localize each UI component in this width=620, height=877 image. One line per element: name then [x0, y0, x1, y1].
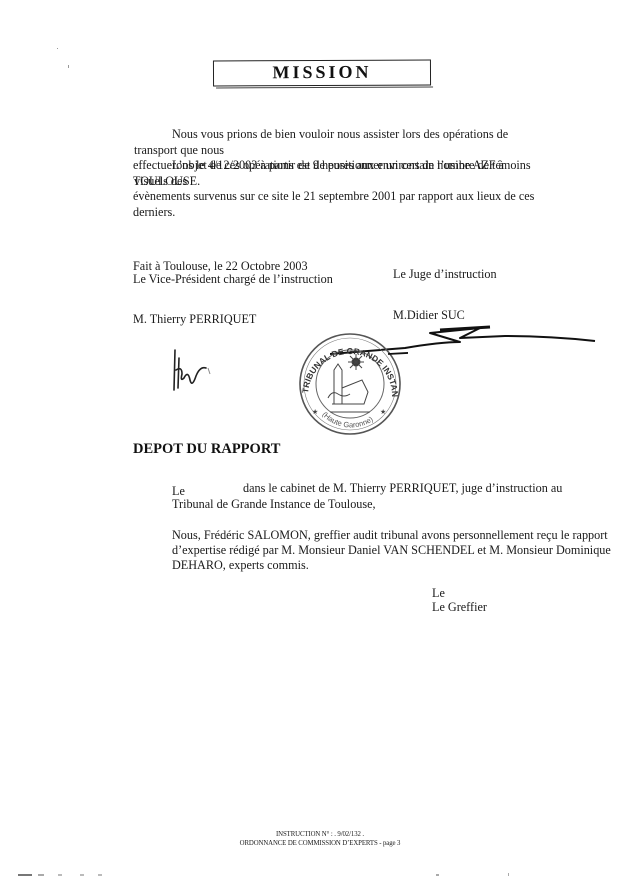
depot-line4: d’expertise rédigé par M. Monsieur Danie…: [172, 543, 611, 558]
footer-instruction-number: INSTRUCTION N° : . 9/02/132 .: [220, 830, 420, 839]
svg-text:★: ★: [380, 408, 386, 416]
scan-speck: [58, 874, 62, 876]
depot-line1: dans le cabinet de M. Thierry PERRIQUET,…: [243, 481, 562, 496]
scan-speck: [38, 874, 44, 876]
scan-speck: [98, 874, 102, 876]
signature-perriquet-icon: [160, 340, 220, 400]
depot-line5: DEHARO, experts commis.: [172, 558, 309, 573]
scan-speck: [18, 874, 32, 876]
svg-text:★: ★: [312, 408, 318, 416]
greffier-label: Le Greffier: [432, 600, 487, 615]
mission-para2-line1: L’objet de ces opérations est de positio…: [134, 158, 531, 188]
scan-speck: [508, 873, 509, 876]
page-footer: INSTRUCTION N° : . 9/02/132 . ORDONNANCE…: [220, 830, 420, 848]
court-stamp-icon: TRIBUNAL DE GRANDE INSTANCE DE TOULOUSE …: [292, 332, 408, 438]
mission-title-box: MISSION: [213, 60, 431, 87]
vice-president-name: M. Thierry PERRIQUET: [133, 312, 256, 327]
scan-speck: [68, 65, 69, 68]
scan-speck: [80, 874, 84, 876]
vice-president-role: Le Vice-Président chargé de l’instructio…: [133, 272, 333, 287]
mission-title: MISSION: [214, 62, 430, 84]
scan-speck: [436, 874, 439, 876]
depot-line2: Tribunal de Grande Instance de Toulouse,: [172, 497, 376, 512]
depot-line3: Nous, Frédéric SALOMON, greffier audit t…: [172, 528, 608, 543]
mission-paragraph-2: L’objet de ces opérations est de positio…: [134, 158, 554, 220]
judge-role: Le Juge d’instruction: [393, 267, 497, 282]
scan-speck: [57, 48, 58, 49]
footer-ordonnance: ORDONNANCE DE COMMISSION D’EXPERTS - pag…: [220, 839, 420, 848]
mission-para2-line2: évènements survenus sur ce site le 21 se…: [133, 189, 554, 220]
mission-para1-line1: Nous vous prions de bien vouloir nous as…: [134, 127, 508, 157]
depot-heading: DEPOT DU RAPPORT: [133, 441, 280, 458]
greffier-date-label: Le: [432, 586, 445, 601]
